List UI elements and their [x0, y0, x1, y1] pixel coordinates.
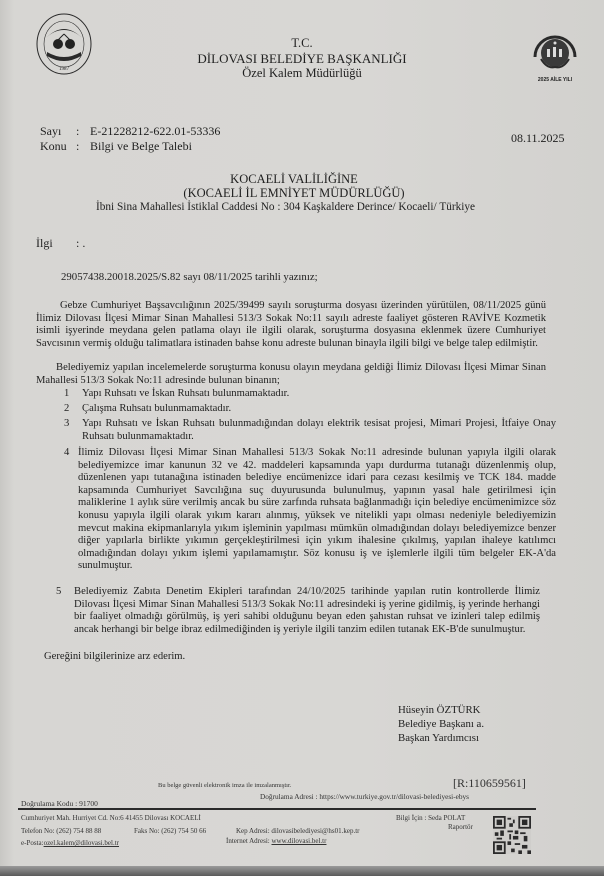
page-bottom-edge	[0, 866, 604, 876]
website-link[interactable]: www.dilovasi.bel.tr	[272, 837, 327, 845]
footer-kep-row: Kep Adresi: dilovasibelediyesi@hs01.kep.…	[236, 826, 360, 836]
footer-email-row: e-Posta:ozel.kalem@dilovasi.bel.tr	[21, 838, 119, 848]
ilgi-value: : .	[76, 236, 85, 251]
sayi-label: Sayı	[40, 124, 61, 139]
header-tc: T.C.	[0, 36, 604, 51]
closing-line: Gereğini bilgilerinize arz ederim.	[44, 651, 185, 664]
recipient-line2: (KOCAELİ İL EMNİYET MÜDÜRLÜĞÜ)	[0, 186, 596, 201]
reference-code: [R:110659561]	[453, 776, 526, 791]
footer-internet-row: İnternet Adresi: www.dilovasi.bel.tr	[226, 836, 326, 846]
info-role: Raportör	[448, 822, 473, 832]
recipient-line1: KOCAELİ VALİLİĞİNE	[0, 172, 596, 187]
konu-value: Bilgi ve Belge Talebi	[90, 139, 192, 154]
signer-title-2: Başkan Yardımcısı	[398, 731, 484, 745]
header-department: Özel Kalem Müdürlüğü	[0, 66, 604, 81]
esign-note: Bu belge güvenli elektronik imza ile imz…	[158, 781, 291, 791]
ilgi-reference: 29057438.20018.2025/S.82 sayı 08/11/2025…	[61, 271, 318, 283]
konu-label: Konu	[40, 139, 67, 154]
footer-address: Cumhuriyet Mah. Hurriyet Cd. No:6 41455 …	[21, 813, 201, 823]
verification-address[interactable]: Doğrulama Adresi : https://www.turkiye.g…	[260, 792, 469, 802]
paragraph-1: Gebze Cumhuriyet Başsavcılığının 2025/39…	[36, 300, 546, 350]
kep-address: dilovasibelediyesi@hs01.kep.tr	[271, 827, 359, 835]
signature-block: Hüseyin ÖZTÜRK Belediye Başkanı a. Başka…	[398, 703, 484, 745]
footer-fax: Faks No: (262) 754 50 66	[134, 826, 206, 836]
paragraph-2: Belediyemiz yapılan incelemelerde soruşt…	[36, 362, 546, 387]
signer-name: Hüseyin ÖZTÜRK	[398, 703, 484, 717]
sayi-value: E-21228212-622.01-53336	[90, 124, 220, 139]
signer-title-1: Belediye Başkanı a.	[398, 717, 484, 731]
header-institution: DİLOVASI BELEDİYE BAŞKANLIĞI	[0, 51, 604, 66]
ilgi-label: İlgi	[36, 236, 53, 251]
sayi-sep: :	[76, 124, 79, 139]
footer-divider	[18, 808, 536, 810]
footer-phone: Telefon No: (262) 754 88 88	[21, 826, 101, 836]
email-link[interactable]: ozel.kalem@dilovasi.bel.tr	[44, 839, 119, 847]
recipient-address: İbni Sina Mahallesi İstiklal Caddesi No …	[96, 201, 475, 213]
qr-code-icon	[493, 816, 531, 854]
document-date: 08.11.2025	[511, 131, 565, 146]
konu-sep: :	[76, 139, 79, 154]
